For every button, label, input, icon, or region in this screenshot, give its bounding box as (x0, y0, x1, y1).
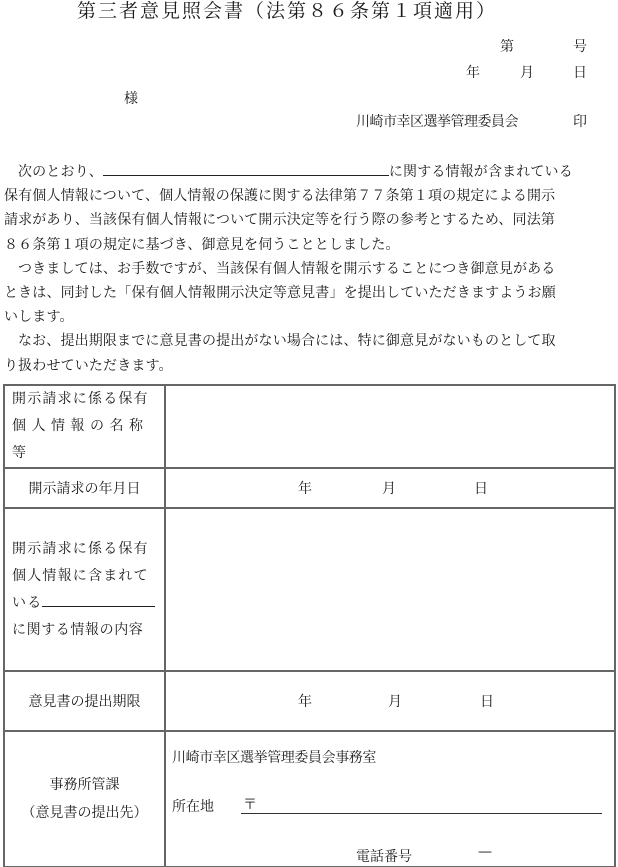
row-name-label-line1: 開示請求に係る保有 (12, 386, 164, 413)
row-content-label-line3: いる (12, 595, 42, 611)
address-input-line[interactable] (241, 813, 602, 814)
row-request-date-label: 開示請求の年月日 (4, 468, 165, 508)
document-title: 第三者意見照会書（法第８６条第１項適用） (77, 0, 497, 22)
date-month: 月 (520, 64, 534, 82)
deadline-day: 日 (480, 691, 494, 711)
number-prefix: 第 (500, 38, 514, 56)
table-row-office: 事務所管課 （意見書の提出先） 川崎市幸区選挙管理委員会事務室 所在地 〒 電話… (4, 731, 615, 867)
row-office-label-line1: 事務所管課 (5, 771, 164, 799)
date-day: 日 (573, 64, 587, 82)
body-p1-line3: 請求があり、当該保有個人情報について開示決定等を行う際の参考とするため、同法第 (4, 208, 594, 232)
row-content-value[interactable] (165, 508, 615, 671)
row-content-label: 開示請求に係る保有 個人情報に含まれて いる に関する情報の内容 (4, 508, 165, 671)
addressee-suffix: 様 (124, 90, 138, 108)
table-row-request-date: 開示請求の年月日 年 月 日 (4, 468, 615, 508)
content-blank-line[interactable] (42, 593, 155, 607)
date-year: 年 (466, 64, 480, 82)
row-deadline-value[interactable]: 年 月 日 (165, 671, 615, 731)
body-p1-line4: ８６条第１項の規定に基づき、御意見を伺うこととしました。 (4, 233, 594, 257)
address-label: 所在地 (172, 796, 214, 816)
seal-mark: 印 (573, 113, 587, 131)
row-name-label: 開示請求に係る保有 個人情報の名称等 (4, 385, 165, 468)
body-p2-line2: ときは、同封した「保有個人情報開示決定等意見書」を提出していただきますようお願 (4, 281, 594, 305)
sender-name: 川崎市幸区選挙管理委員会 (356, 113, 518, 131)
row-name-value[interactable] (165, 385, 615, 468)
row-office-label: 事務所管課 （意見書の提出先） (4, 731, 165, 867)
body-p1-start: 次のとおり、 (18, 164, 103, 180)
table-row-name: 開示請求に係る保有 個人情報の名称等 (4, 385, 615, 468)
body-p1-after: に関する情報が含まれている (389, 164, 573, 180)
table-row-deadline: 意見書の提出期限 年 月 日 (4, 671, 615, 731)
row-name-label-line2: 個人情報の名称等 (12, 413, 164, 467)
body-p3-line1: なお、提出期限までに意見書の提出がない場合には、特に御意見がないものとして取 (4, 329, 594, 353)
request-year: 年 (298, 478, 312, 498)
info-table: 開示請求に係る保有 個人情報の名称等 開示請求の年月日 年 月 日 開示請求に係… (3, 384, 616, 867)
deadline-year: 年 (298, 691, 312, 711)
request-month: 月 (382, 478, 396, 498)
postal-mark-icon: 〒 (243, 794, 257, 814)
phone-dash: — (478, 844, 492, 860)
request-day: 日 (474, 478, 488, 498)
table-row-content: 開示請求に係る保有 個人情報に含まれて いる に関する情報の内容 (4, 508, 615, 671)
subject-blank-line[interactable] (103, 161, 389, 176)
row-office-value: 川崎市幸区選挙管理委員会事務室 所在地 〒 電話番号 — (165, 731, 615, 867)
body-p2-line3: いします。 (4, 305, 594, 329)
body-text: 次のとおり、に関する情報が含まれている 保有個人情報について、個人情報の保護に関… (4, 160, 594, 378)
body-p2-line1: つきましては、お手数ですが、当該保有個人情報を開示することにつき御意見がある (4, 257, 594, 281)
number-suffix: 号 (573, 38, 587, 56)
row-office-label-line2: （意見書の提出先） (5, 799, 164, 827)
body-p3-line2: り扱わせていただきます。 (4, 354, 594, 378)
phone-label: 電話番号 (356, 846, 412, 866)
row-content-label-line4: に関する情報の内容 (12, 617, 164, 644)
row-request-date-value[interactable]: 年 月 日 (165, 468, 615, 508)
office-name: 川崎市幸区選挙管理委員会事務室 (172, 747, 376, 767)
row-content-label-line2: 個人情報に含まれて (12, 563, 164, 590)
deadline-month: 月 (388, 691, 402, 711)
body-p1-line2: 保有個人情報について、個人情報の保護に関する法律第７７条第１項の規定による開示 (4, 184, 594, 208)
row-deadline-label: 意見書の提出期限 (4, 671, 165, 731)
row-content-label-line1: 開示請求に係る保有 (12, 536, 164, 563)
